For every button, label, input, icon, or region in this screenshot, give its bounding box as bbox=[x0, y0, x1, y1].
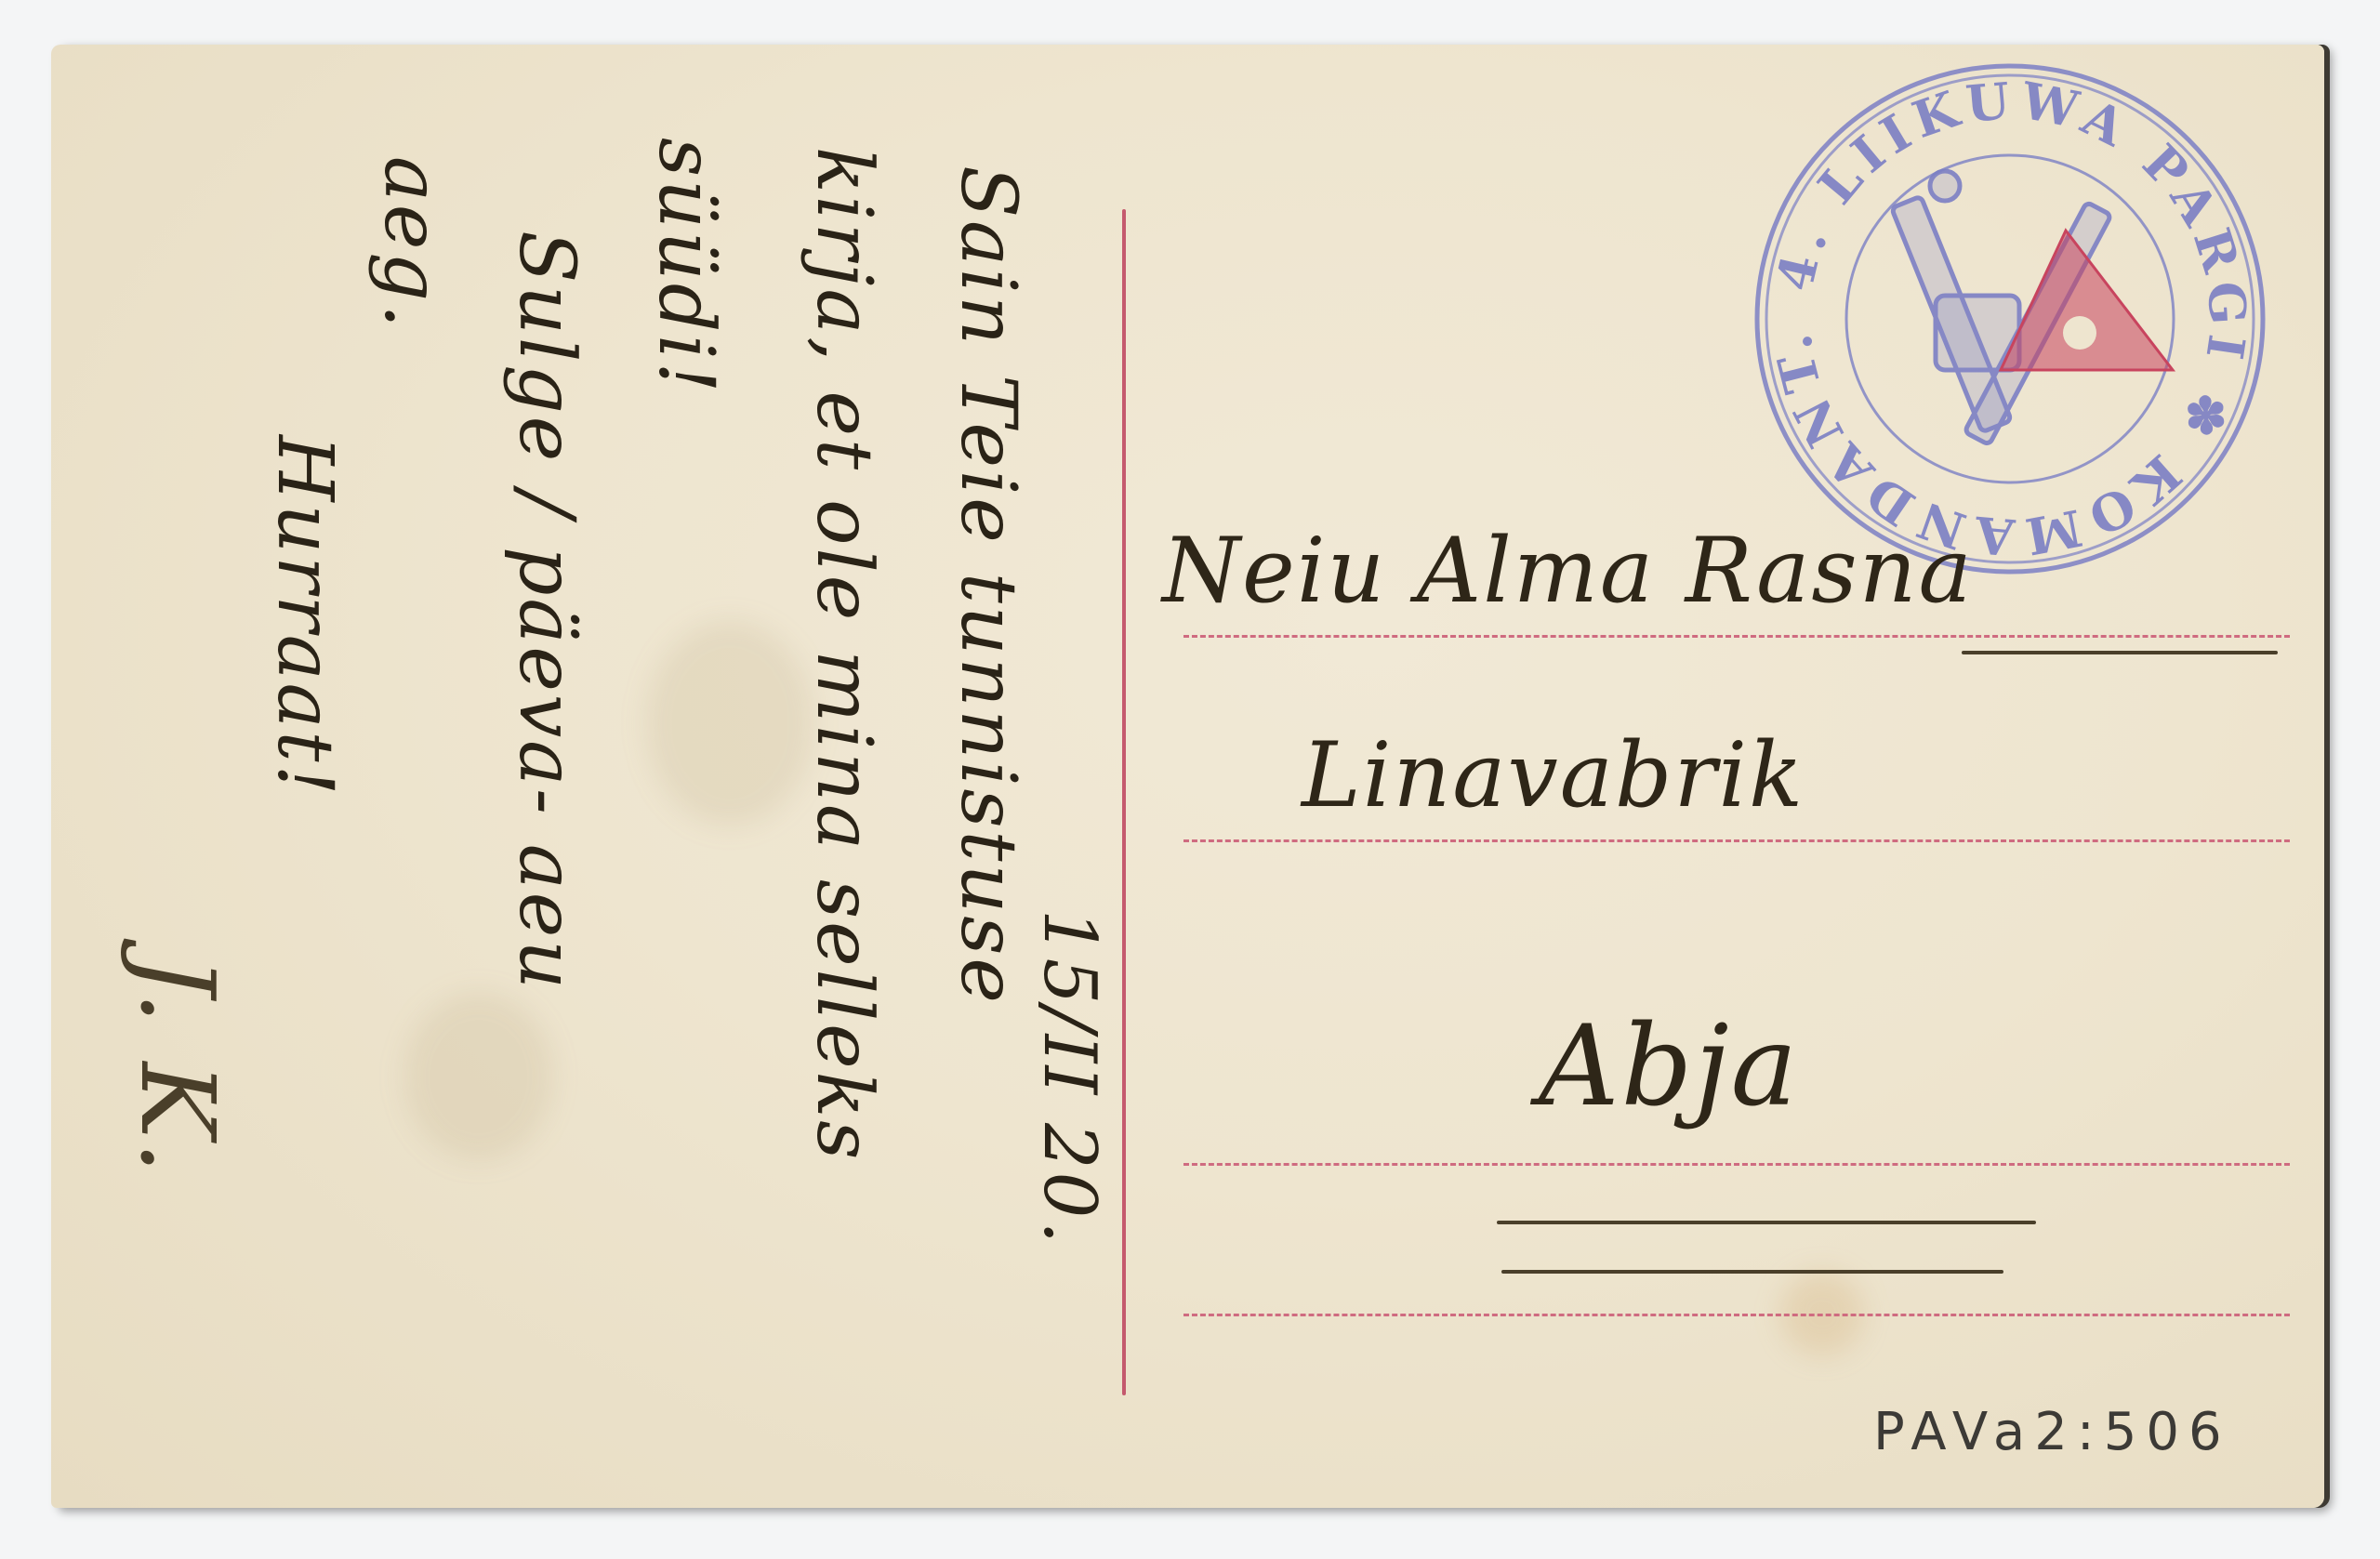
address-rule-2 bbox=[1183, 839, 2290, 842]
address-rule-4 bbox=[1183, 1314, 2290, 1316]
catalog-number: PAVa2:506 bbox=[1873, 1402, 2231, 1462]
address-line-street: Linavabrik bbox=[1302, 723, 1805, 827]
message-date: 15/II 20. bbox=[1027, 909, 1111, 1247]
stain bbox=[646, 621, 813, 826]
message-line-6: Hurraat! bbox=[260, 435, 349, 798]
signature: J. K. bbox=[118, 956, 237, 1177]
stain bbox=[404, 993, 553, 1160]
message-line-2: kirja, et ole mina selleks bbox=[800, 147, 888, 1162]
address-rule-3 bbox=[1183, 1163, 2290, 1166]
message-line-4: Sulge / päeva- aeu bbox=[502, 231, 590, 992]
message-line-3: süüdi! bbox=[641, 138, 730, 395]
address-line-name: Neiu Alma Rasna bbox=[1162, 519, 1974, 623]
seal-stamp-icon: 4. LIIKUWA PARGI ✽ KOMANDANT. bbox=[1745, 54, 2275, 584]
message-line-1: Sain Teie tunnistuse bbox=[944, 165, 1032, 1006]
address-line-town: Abja bbox=[1539, 1002, 1799, 1131]
name-underline bbox=[1962, 651, 2278, 654]
postcard: 4. LIIKUWA PARGI ✽ KOMANDANT. Neiu Alma … bbox=[51, 45, 2324, 1508]
message-line-5: aeg. bbox=[367, 156, 456, 331]
town-underline-2 bbox=[1501, 1270, 2003, 1274]
center-divider-line bbox=[1122, 209, 1126, 1395]
town-underline-1 bbox=[1497, 1221, 2036, 1224]
address-rule-1 bbox=[1183, 635, 2290, 638]
